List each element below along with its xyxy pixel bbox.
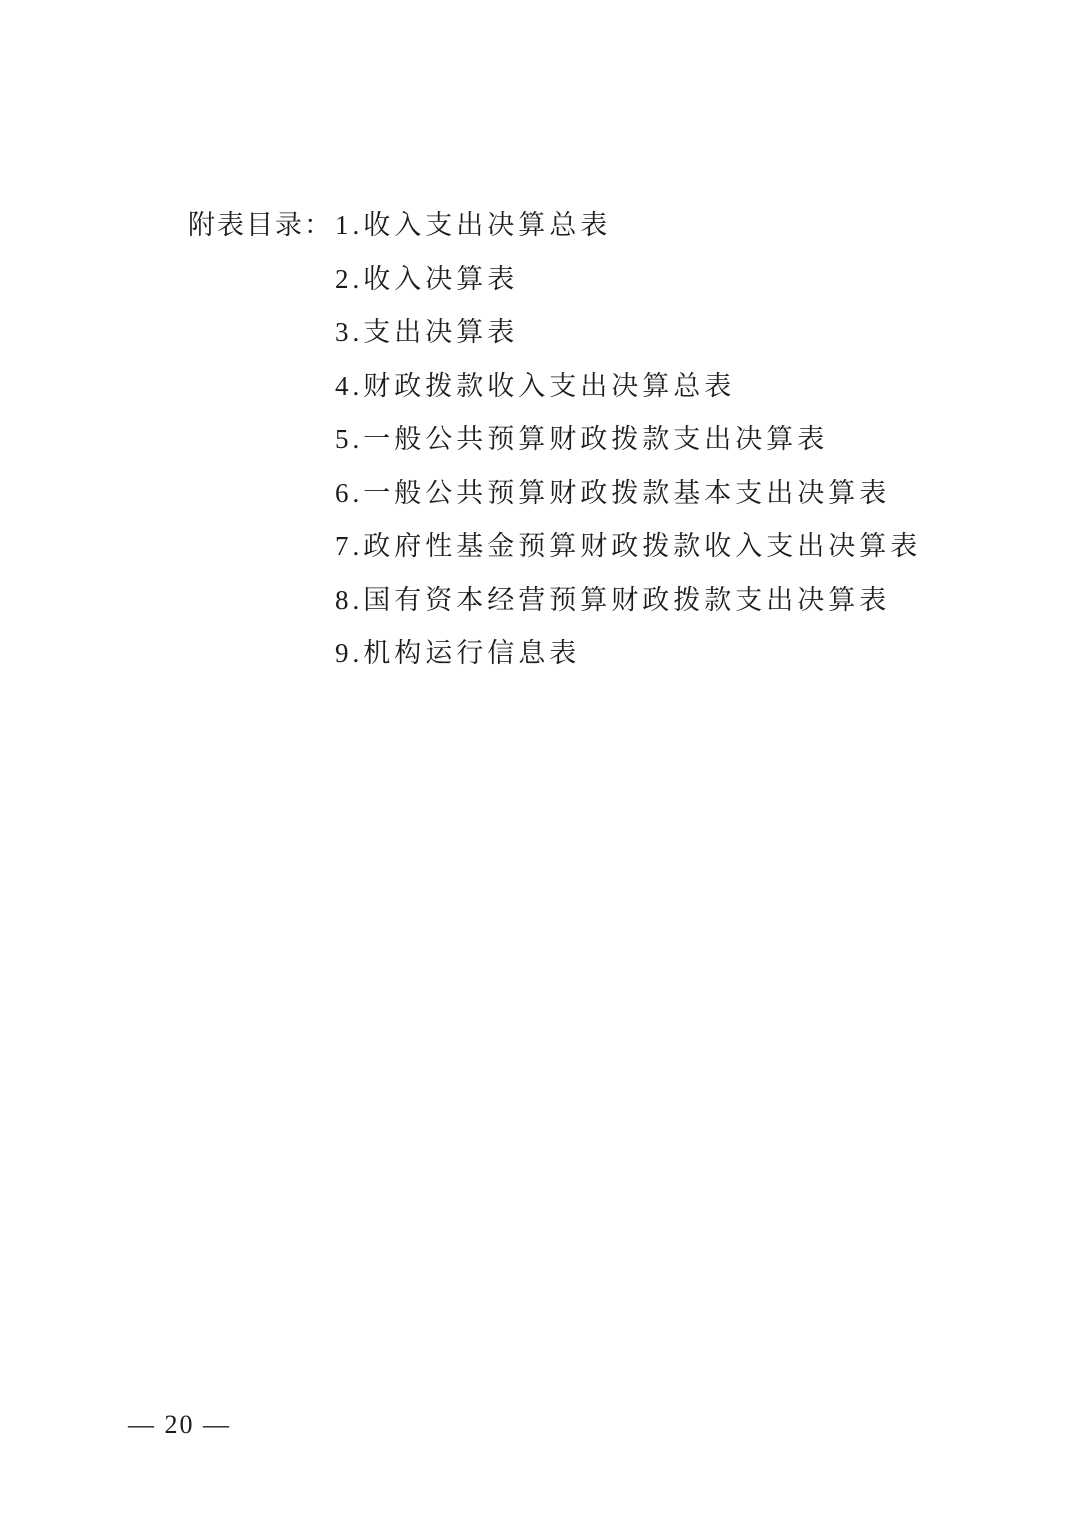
toc-item-7: 7.政府性基金预算财政拨款收入支出决算表 xyxy=(335,524,921,563)
toc-item-9: 9.机构运行信息表 xyxy=(335,631,580,670)
document-page: 附表目录： 1.收入支出决算总表 2.收入决算表 3.支出决算表 4.财政拨款收… xyxy=(0,0,1074,1520)
toc-item-8: 8.国有资本经营预算财政拨款支出决算表 xyxy=(335,578,890,617)
toc-label: 附表目录： xyxy=(188,203,335,242)
toc-item-4: 4.财政拨款收入支出决算总表 xyxy=(335,364,735,403)
toc-row: 5.一般公共预算财政拨款支出决算表 xyxy=(188,410,921,464)
toc-row: 6.一般公共预算财政拨款基本支出决算表 xyxy=(188,464,921,518)
toc-item-6: 6.一般公共预算财政拨款基本支出决算表 xyxy=(335,471,890,510)
appendix-toc-list: 附表目录： 1.收入支出决算总表 2.收入决算表 3.支出决算表 4.财政拨款收… xyxy=(188,196,921,678)
toc-item-5: 5.一般公共预算财政拨款支出决算表 xyxy=(335,417,828,456)
toc-item-2: 2.收入决算表 xyxy=(335,257,518,296)
toc-row: 3.支出决算表 xyxy=(188,303,921,357)
toc-row: 2.收入决算表 xyxy=(188,250,921,304)
toc-row: 附表目录： 1.收入支出决算总表 xyxy=(188,196,921,250)
toc-row: 4.财政拨款收入支出决算总表 xyxy=(188,357,921,411)
page-number: — 20 — xyxy=(128,1410,231,1440)
toc-row: 9.机构运行信息表 xyxy=(188,624,921,678)
toc-item-3: 3.支出决算表 xyxy=(335,310,518,349)
toc-row: 8.国有资本经营预算财政拨款支出决算表 xyxy=(188,571,921,625)
toc-item-1: 1.收入支出决算总表 xyxy=(335,203,611,242)
toc-row: 7.政府性基金预算财政拨款收入支出决算表 xyxy=(188,517,921,571)
